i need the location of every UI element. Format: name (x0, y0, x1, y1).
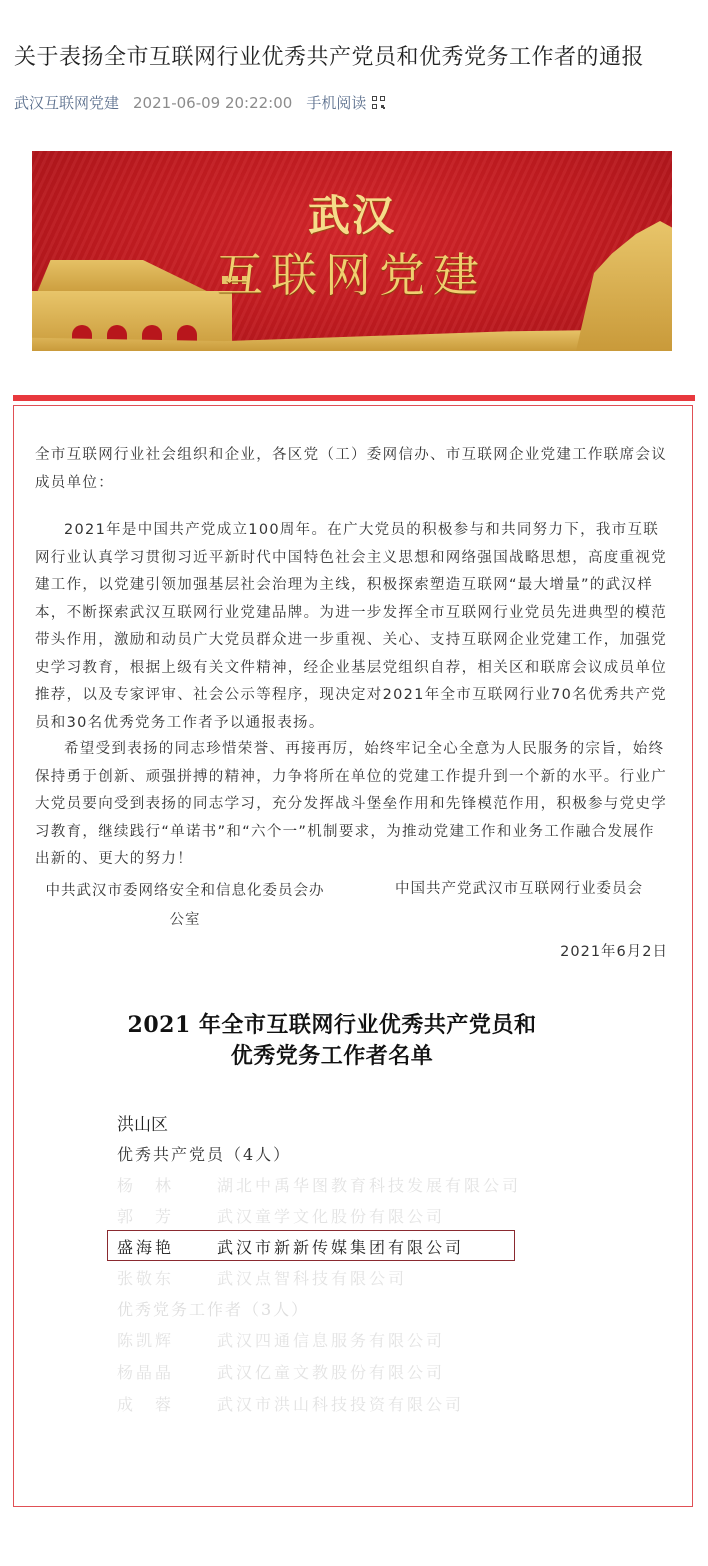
member-org: 武汉点智科技有限公司 (217, 1269, 407, 1288)
member-org: 武汉市新新传媒集团有限公司 (217, 1238, 464, 1257)
worker-org: 武汉四通信息服务有限公司 (217, 1331, 445, 1350)
list-item: 张敬东武汉点智科技有限公司 (117, 1266, 407, 1289)
article-title: 关于表扬全市互联网行业优秀共产党员和优秀党务工作者的通报 (14, 40, 644, 71)
member-name: 张敬东 (117, 1266, 217, 1289)
banner-title-line1: 武汉 (32, 183, 672, 243)
worker-name: 成 蓉 (117, 1392, 217, 1415)
member-name: 盛海艳 (117, 1235, 217, 1258)
list-item: 郭 芳武汉童学文化股份有限公司 (117, 1204, 445, 1227)
body-paragraph-2: 希望受到表扬的同志珍惜荣誉、再接再厉，始终牢记全心全意为人民服务的宗旨，始终保持… (35, 736, 670, 874)
red-divider-bar (13, 395, 695, 401)
mobile-read-link[interactable]: 手机阅读 (306, 92, 366, 113)
list-title-line1: 2021 年全市互联网行业优秀共产党员和 (112, 1010, 552, 1041)
category-heading-workers: 优秀党务工作者（3人） (117, 1297, 309, 1320)
article-meta: 武汉互联网党建 2021-06-09 20:22:00 手机阅读 (14, 92, 385, 113)
qr-code-icon[interactable] (372, 96, 385, 109)
signature-left: 中共武汉市委网络安全和信息化委员会办公室 (40, 877, 330, 935)
list-item: 杨 林湖北中禹华图教育科技发展有限公司 (117, 1173, 521, 1196)
worker-org: 武汉市洪山科技投资有限公司 (217, 1395, 464, 1414)
member-org: 武汉童学文化股份有限公司 (217, 1207, 445, 1226)
body-paragraph-1: 2021年是中国共产党成立100周年。在广大党员的积极参与和共同努力下，我市互联… (35, 517, 670, 737)
district-heading: 洪山区 (117, 1110, 168, 1135)
worker-org: 武汉亿童文教股份有限公司 (217, 1363, 445, 1382)
worker-name: 陈凯辉 (117, 1328, 217, 1351)
member-org: 湖北中禹华图教育科技发展有限公司 (217, 1176, 521, 1195)
article-source-link[interactable]: 武汉互联网党建 (14, 92, 119, 113)
member-name: 杨 林 (117, 1173, 217, 1196)
list-image-title: 2021 年全市互联网行业优秀共产党员和 优秀党务工作者名单 (112, 1010, 552, 1072)
salutation-paragraph: 全市互联网行业社会组织和企业，各区党（工）委网信办、市互联网企业党建工作联席会议… (35, 442, 670, 497)
header-banner-image: 武汉 互联网党建 (32, 151, 672, 351)
banner-title-line2: 互联网党建 (32, 239, 672, 305)
worker-name: 杨晶晶 (117, 1360, 217, 1383)
publish-datetime: 2021-06-09 20:22:00 (133, 94, 292, 112)
list-item: 杨晶晶武汉亿童文教股份有限公司 (117, 1360, 445, 1383)
list-item: 成 蓉武汉市洪山科技投资有限公司 (117, 1392, 464, 1415)
list-title-line2: 优秀党务工作者名单 (112, 1041, 552, 1072)
category-heading-members: 优秀共产党员（4人） (117, 1142, 291, 1165)
signature-right: 中国共产党武汉市互联网行业委员会 (395, 877, 643, 898)
member-name: 郭 芳 (117, 1204, 217, 1227)
signature-date: 2021年6月2日 (560, 940, 668, 961)
list-item-highlighted: 盛海艳武汉市新新传媒集团有限公司 (117, 1235, 464, 1258)
list-item: 陈凯辉武汉四通信息服务有限公司 (117, 1328, 445, 1351)
